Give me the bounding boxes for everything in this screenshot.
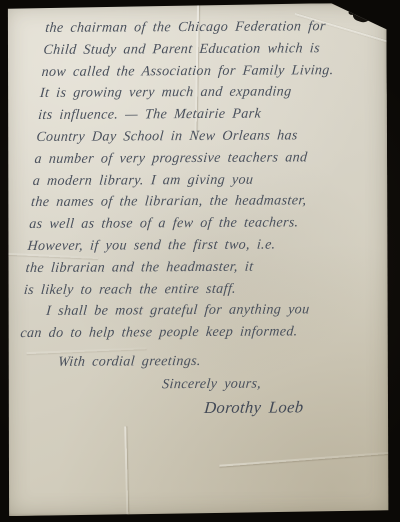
- letter-paper: the chairman of the Chicago Federation f…: [4, 3, 389, 516]
- letter-line: Child Study and Parent Education which i…: [43, 38, 399, 62]
- letter-line: now called the Association for Family Li…: [41, 59, 397, 83]
- letter-closing: With cordial greetings.: [17, 350, 373, 374]
- letter-line: is likely to reach the entire staff.: [23, 277, 379, 301]
- letter-line: a modern library. I am giving you: [32, 168, 388, 192]
- letter-valediction: Sincerely yours,: [15, 373, 371, 397]
- letter-line: can do to help these people keep informe…: [19, 321, 375, 345]
- letter-line: I shall be most grateful for anything yo…: [21, 299, 377, 323]
- letter-line: the names of the librarian, the headmast…: [30, 190, 386, 214]
- letter-line: as well as those of a few of the teacher…: [28, 212, 384, 236]
- fold-crease-bottom-vertical: [124, 426, 128, 515]
- letter-line: Country Day School in New Orleans has: [35, 125, 391, 149]
- letter-line: the chairman of the Chicago Federation f…: [44, 16, 400, 40]
- letter-line: It is growing very much and expanding: [39, 81, 395, 105]
- letter-line: the librarian and the headmaster, it: [25, 256, 381, 280]
- letter-line: a number of very progressive teachers an…: [34, 147, 390, 171]
- fold-crease-bottom-horizontal: [219, 452, 389, 467]
- letter-line: its influence. — The Metairie Park: [37, 103, 393, 127]
- letter-line: However, if you send the first two, i.e.: [27, 234, 383, 258]
- letter-body: the chairman of the Chicago Federation f…: [13, 16, 400, 420]
- signature: Dorothy Loeb: [13, 395, 369, 419]
